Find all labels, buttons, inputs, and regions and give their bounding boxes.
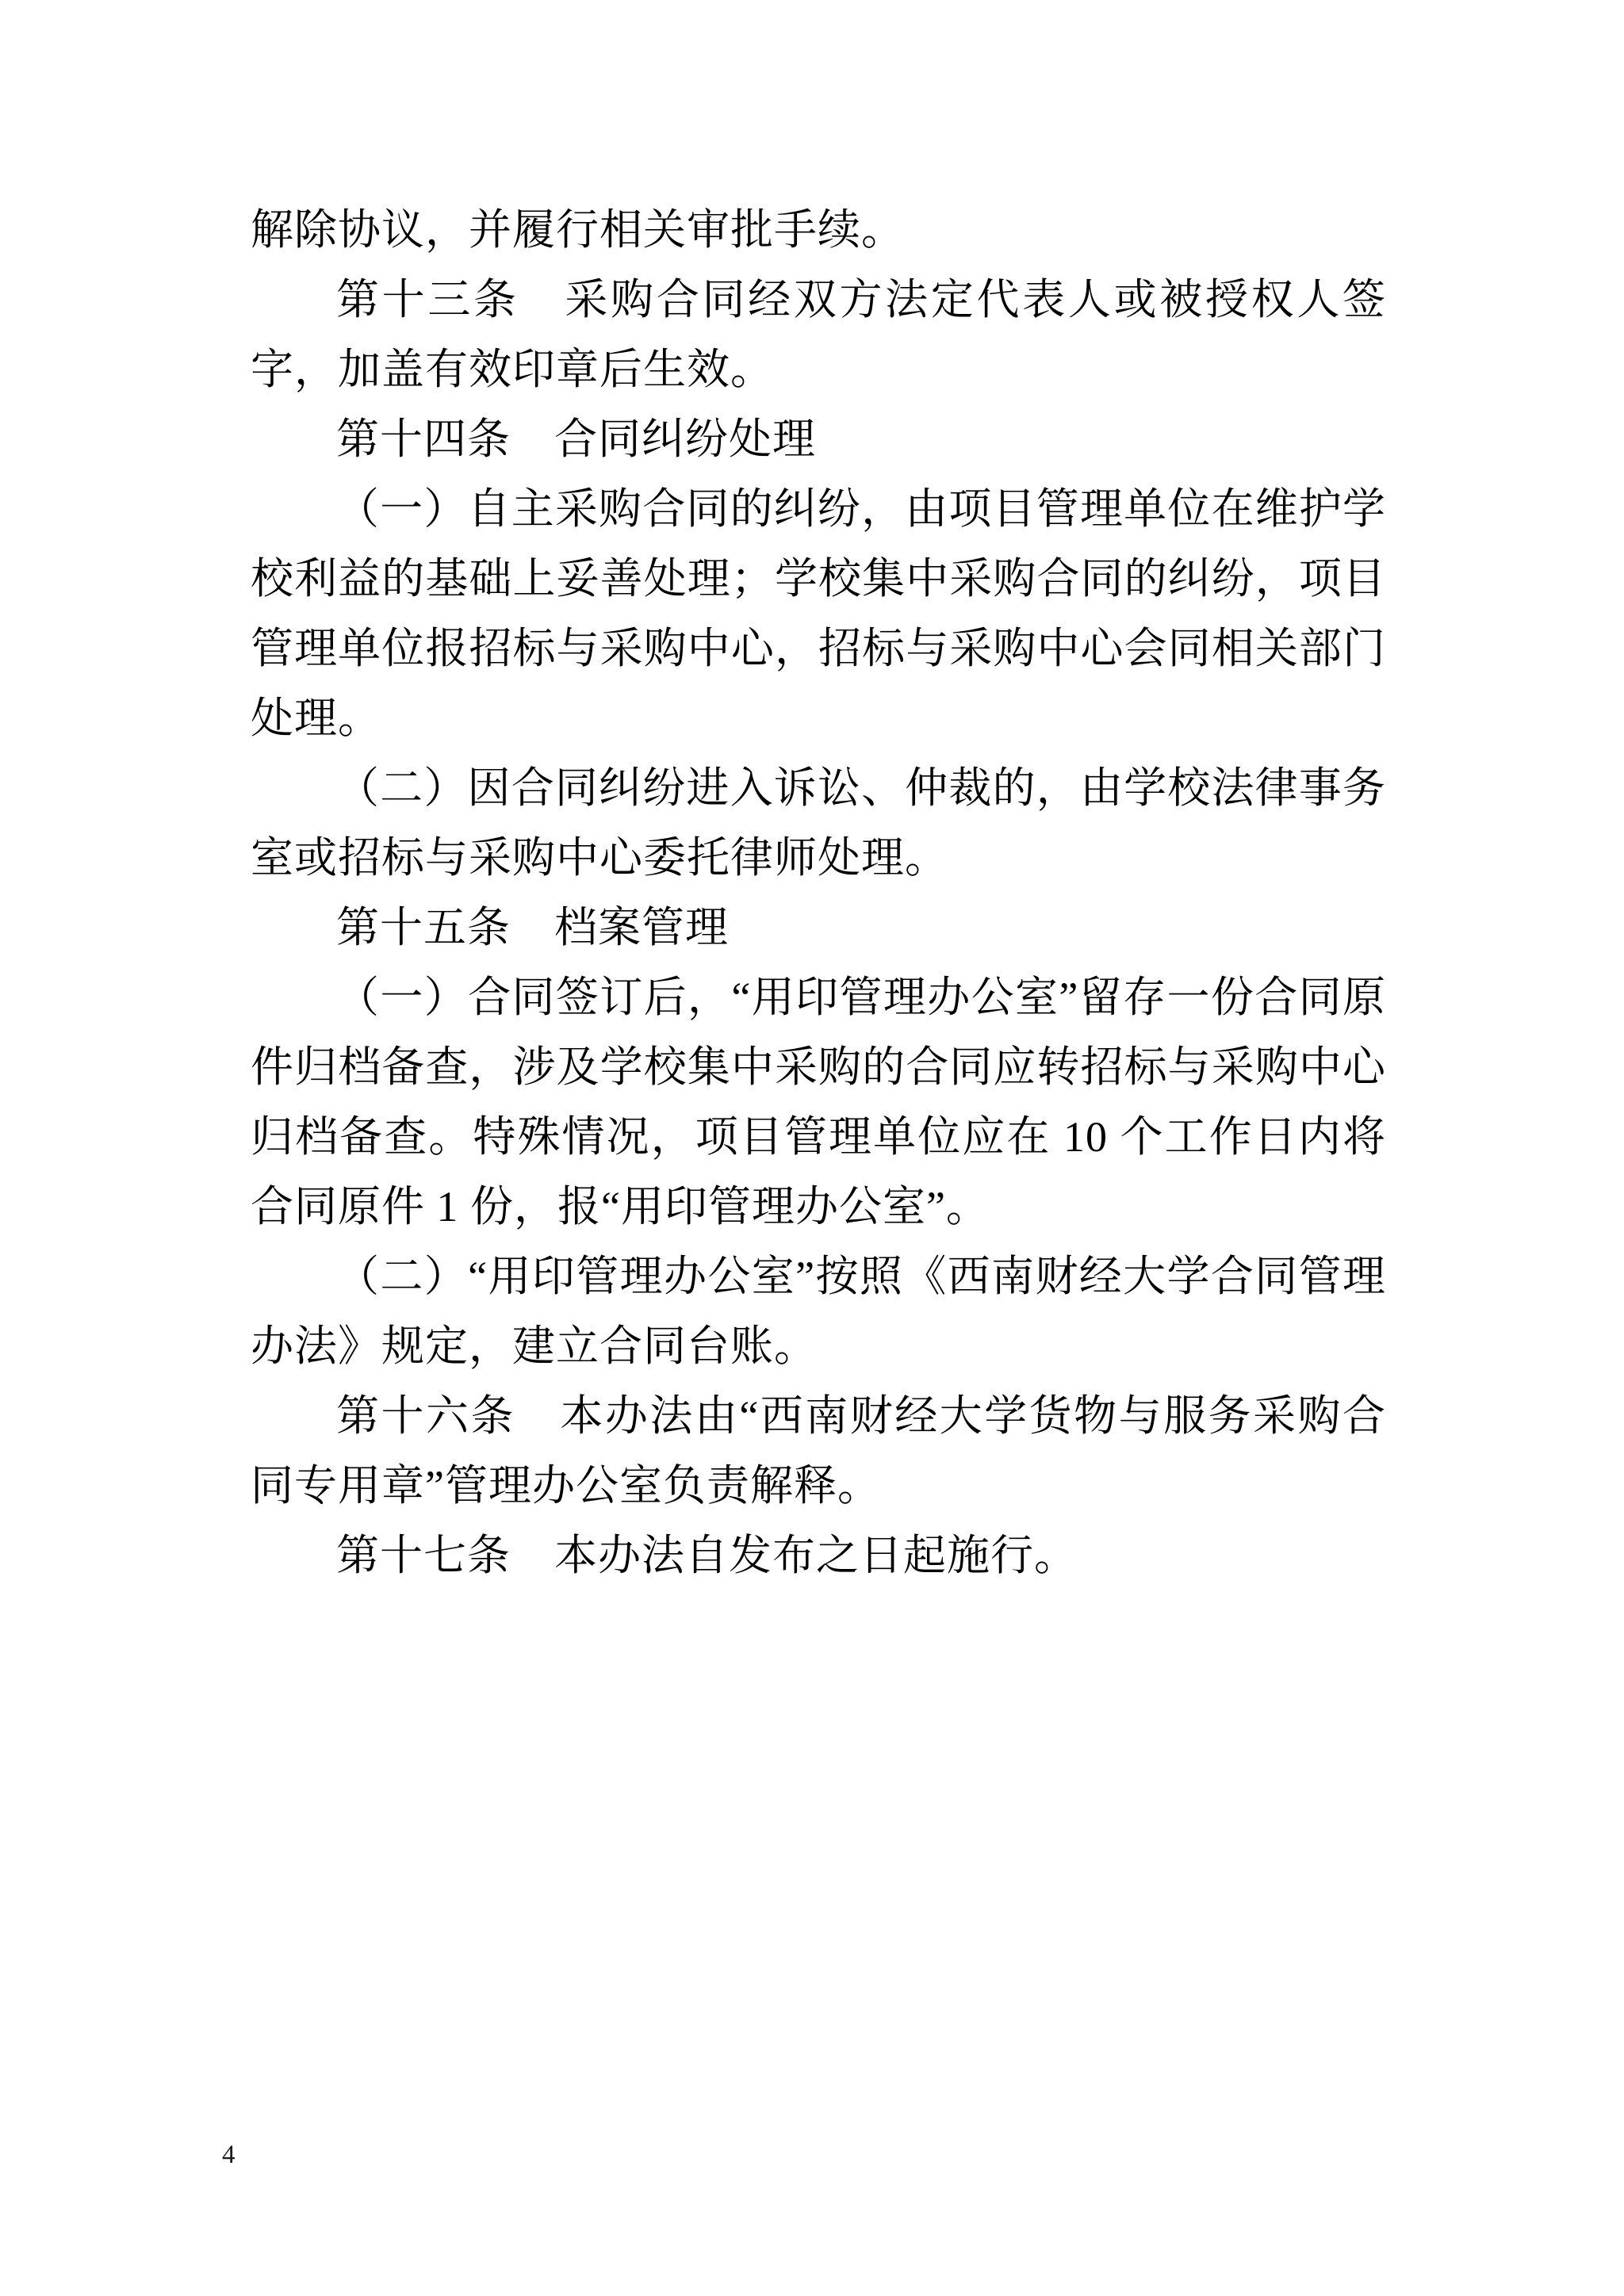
page-number: 4 [222, 2139, 236, 2171]
paragraph-article-15-item-1: （一）合同签订后，“用印管理办公室”留存一份合同原件归档备查，涉及学校集中采购的… [251, 962, 1386, 1242]
paragraph-article-15: 第十五条 档案管理 [251, 893, 1386, 962]
paragraph-article-14-item-2: （二）因合同纠纷进入诉讼、仲裁的，由学校法律事务室或招标与采购中心委托律师处理。 [251, 753, 1386, 893]
paragraph-article-13: 第十三条 采购合同经双方法定代表人或被授权人签字，加盖有效印章后生效。 [251, 265, 1386, 404]
document-page: 解除协议，并履行相关审批手续。 第十三条 采购合同经双方法定代表人或被授权人签字… [0, 0, 1624, 2296]
paragraph-article-17: 第十七条 本办法自发布之日起施行。 [251, 1521, 1386, 1590]
paragraph-article-14: 第十四条 合同纠纷处理 [251, 404, 1386, 474]
paragraph-article-16: 第十六条 本办法由“西南财经大学货物与服务采购合同专用章”管理办公室负责解释。 [251, 1381, 1386, 1521]
paragraph-article-15-item-2: （二）“用印管理办公室”按照《西南财经大学合同管理办法》规定，建立合同台账。 [251, 1242, 1386, 1381]
text-body: 解除协议，并履行相关审批手续。 第十三条 采购合同经双方法定代表人或被授权人签字… [251, 195, 1386, 1590]
paragraph-continuation: 解除协议，并履行相关审批手续。 [251, 195, 1386, 265]
paragraph-article-14-item-1: （一）自主采购合同的纠纷，由项目管理单位在维护学校利益的基础上妥善处理；学校集中… [251, 474, 1386, 753]
